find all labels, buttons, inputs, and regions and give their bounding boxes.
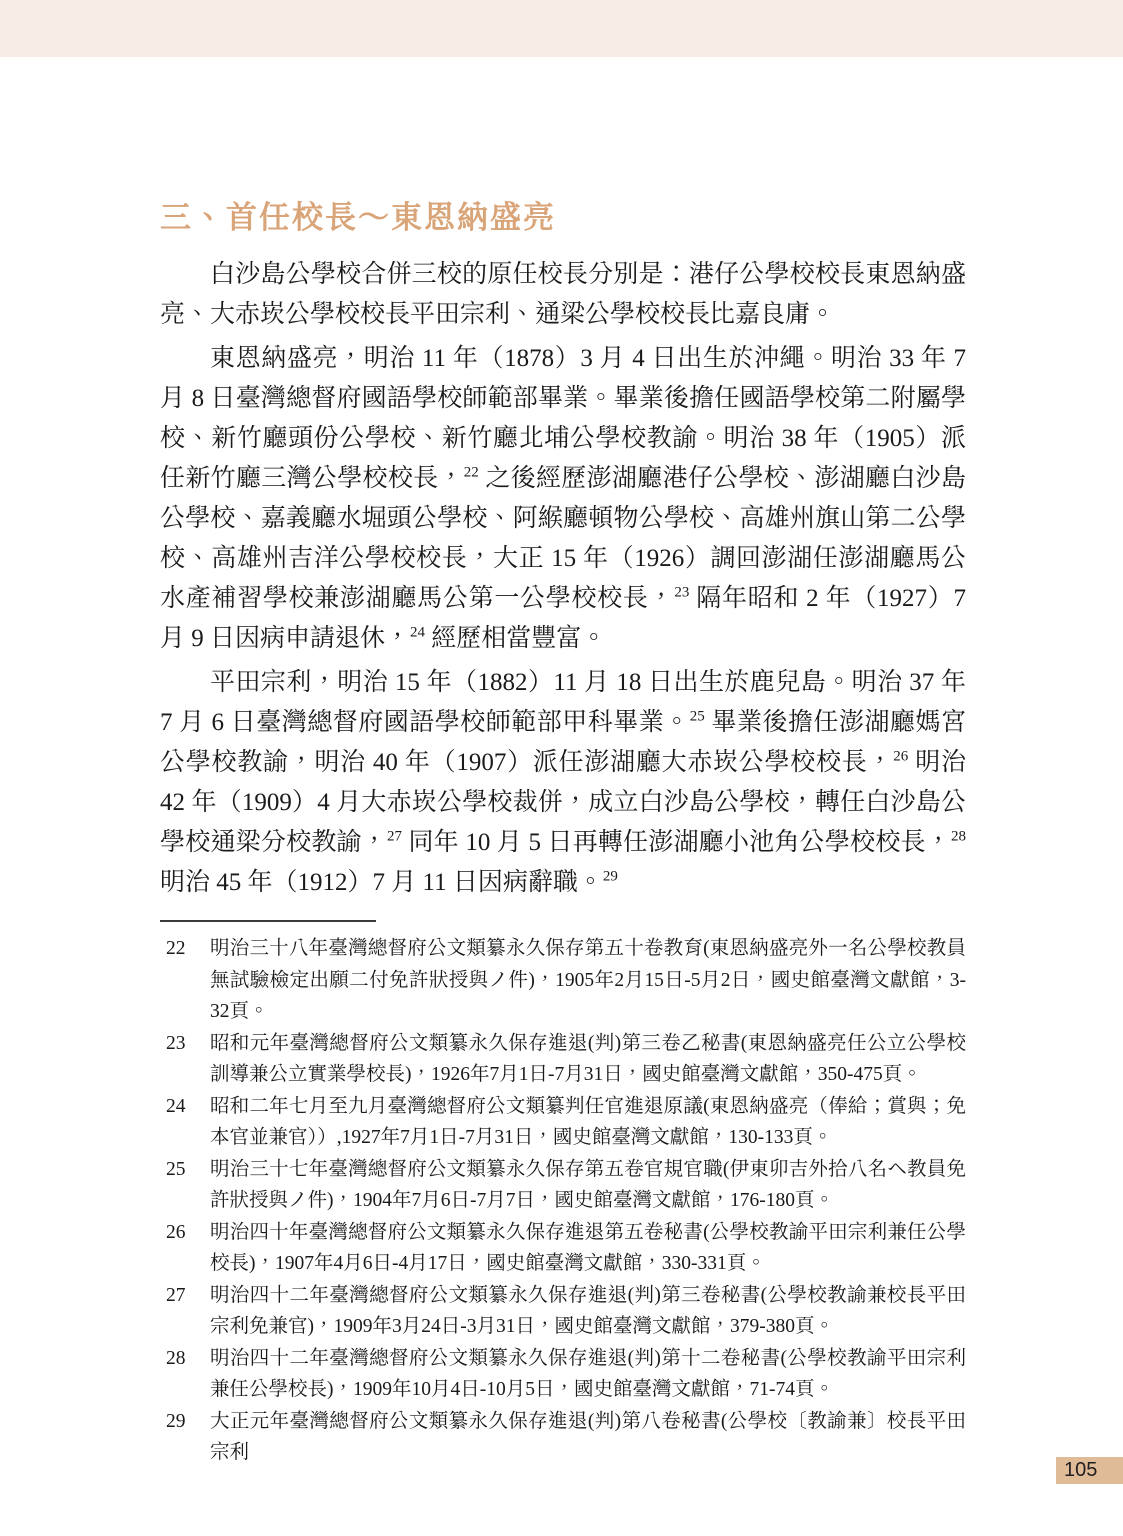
footnote-text: 大正元年臺灣總督府公文類纂永久保存進退(判)第八卷秘書(公學校〔教諭兼〕校長平田… [210,1411,966,1464]
footnote-text: 明治四十二年臺灣總督府公文類纂永久保存進退(判)第十二卷秘書(公學校教諭平田宗利… [210,1348,966,1401]
footnote-number: 24 [166,1091,186,1123]
footnote-25: 25明治三十七年臺灣總督府公文類纂永久保存第五卷官規官職(伊東卯吉外拾八名ヘ教員… [160,1154,966,1217]
footnote-text: 明治三十七年臺灣總督府公文類纂永久保存第五卷官規官職(伊東卯吉外拾八名ヘ教員免許… [210,1159,966,1212]
footnote-number: 26 [166,1217,186,1249]
footnotes: 22明治三十八年臺灣總督府公文類纂永久保存第五十卷教育(東恩納盛亮外一名公學校教… [160,933,966,1469]
footnote-ref-25: 25 [690,709,705,725]
footnote-27: 27明治四十二年臺灣總督府公文類纂永久保存進退(判)第三卷秘書(公學校教諭兼校長… [160,1280,966,1343]
footnote-ref-27: 27 [387,829,402,845]
paragraph-3: 平田宗利，明治 15 年（1882）11 月 18 日出生於鹿兒島。明治 37 … [160,663,966,903]
footnote-number: 29 [166,1406,186,1438]
footnote-number: 27 [166,1280,186,1312]
footnote-number: 25 [166,1154,186,1186]
footnote-ref-24: 24 [410,625,425,641]
page-number: 105 [1064,1459,1097,1481]
footnote-ref-28: 28 [951,829,966,845]
footnote-24: 24昭和二年七月至九月臺灣總督府公文類纂判任官進退原議(東恩納盛亮（俸給；賞與；… [160,1091,966,1154]
footnote-text: 明治四十年臺灣總督府公文類纂永久保存進退第五卷秘書(公學校教諭平田宗利兼任公學校… [210,1222,966,1275]
footnote-text: 明治三十八年臺灣總督府公文類纂永久保存第五十卷教育(東恩納盛亮外一名公學校教員無… [210,938,966,1022]
footnote-22: 22明治三十八年臺灣總督府公文類纂永久保存第五十卷教育(東恩納盛亮外一名公學校教… [160,933,966,1028]
footnote-ref-23: 23 [674,585,689,601]
paragraph-1: 白沙島公學校合併三校的原任校長分別是：港仔公學校校長東恩納盛亮、大赤崁公學校校長… [160,255,966,335]
page-content: 三、首任校長～東恩納盛亮 白沙島公學校合併三校的原任校長分別是：港仔公學校校長東… [160,0,966,1469]
footnote-ref-22: 22 [464,465,479,481]
footnote-23: 23昭和元年臺灣總督府公文類纂永久保存進退(判)第三卷乙秘書(東恩納盛亮任公立公… [160,1028,966,1091]
footnote-ref-26: 26 [893,749,908,765]
footnote-28: 28明治四十二年臺灣總督府公文類纂永久保存進退(判)第十二卷秘書(公學校教諭平田… [160,1343,966,1406]
paragraph-2: 東恩納盛亮，明治 11 年（1878）3 月 4 日出生於沖繩。明治 33 年 … [160,339,966,659]
footnote-number: 28 [166,1343,186,1375]
book-page: 三、首任校長～東恩納盛亮 白沙島公學校合併三校的原任校長分別是：港仔公學校校長東… [0,0,1123,1536]
footnote-separator [160,920,376,922]
footnote-text: 昭和二年七月至九月臺灣總督府公文類纂判任官進退原議(東恩納盛亮（俸給；賞與；免本… [210,1096,966,1149]
footnote-text: 昭和元年臺灣總督府公文類纂永久保存進退(判)第三卷乙秘書(東恩納盛亮任公立公學校… [210,1033,966,1086]
footnote-29: 29大正元年臺灣總督府公文類纂永久保存進退(判)第八卷秘書(公學校〔教諭兼〕校長… [160,1406,966,1469]
footnote-ref-29: 29 [603,869,618,885]
page-number-badge: 105 [1056,1457,1123,1484]
body-paragraphs: 白沙島公學校合併三校的原任校長分別是：港仔公學校校長東恩納盛亮、大赤崁公學校校長… [160,255,966,903]
footnote-text: 明治四十二年臺灣總督府公文類纂永久保存進退(判)第三卷秘書(公學校教諭兼校長平田… [210,1285,966,1338]
section-heading: 三、首任校長～東恩納盛亮 [160,198,966,238]
footnote-number: 23 [166,1028,186,1060]
footnote-number: 22 [166,933,186,965]
footnote-26: 26明治四十年臺灣總督府公文類纂永久保存進退第五卷秘書(公學校教諭平田宗利兼任公… [160,1217,966,1280]
